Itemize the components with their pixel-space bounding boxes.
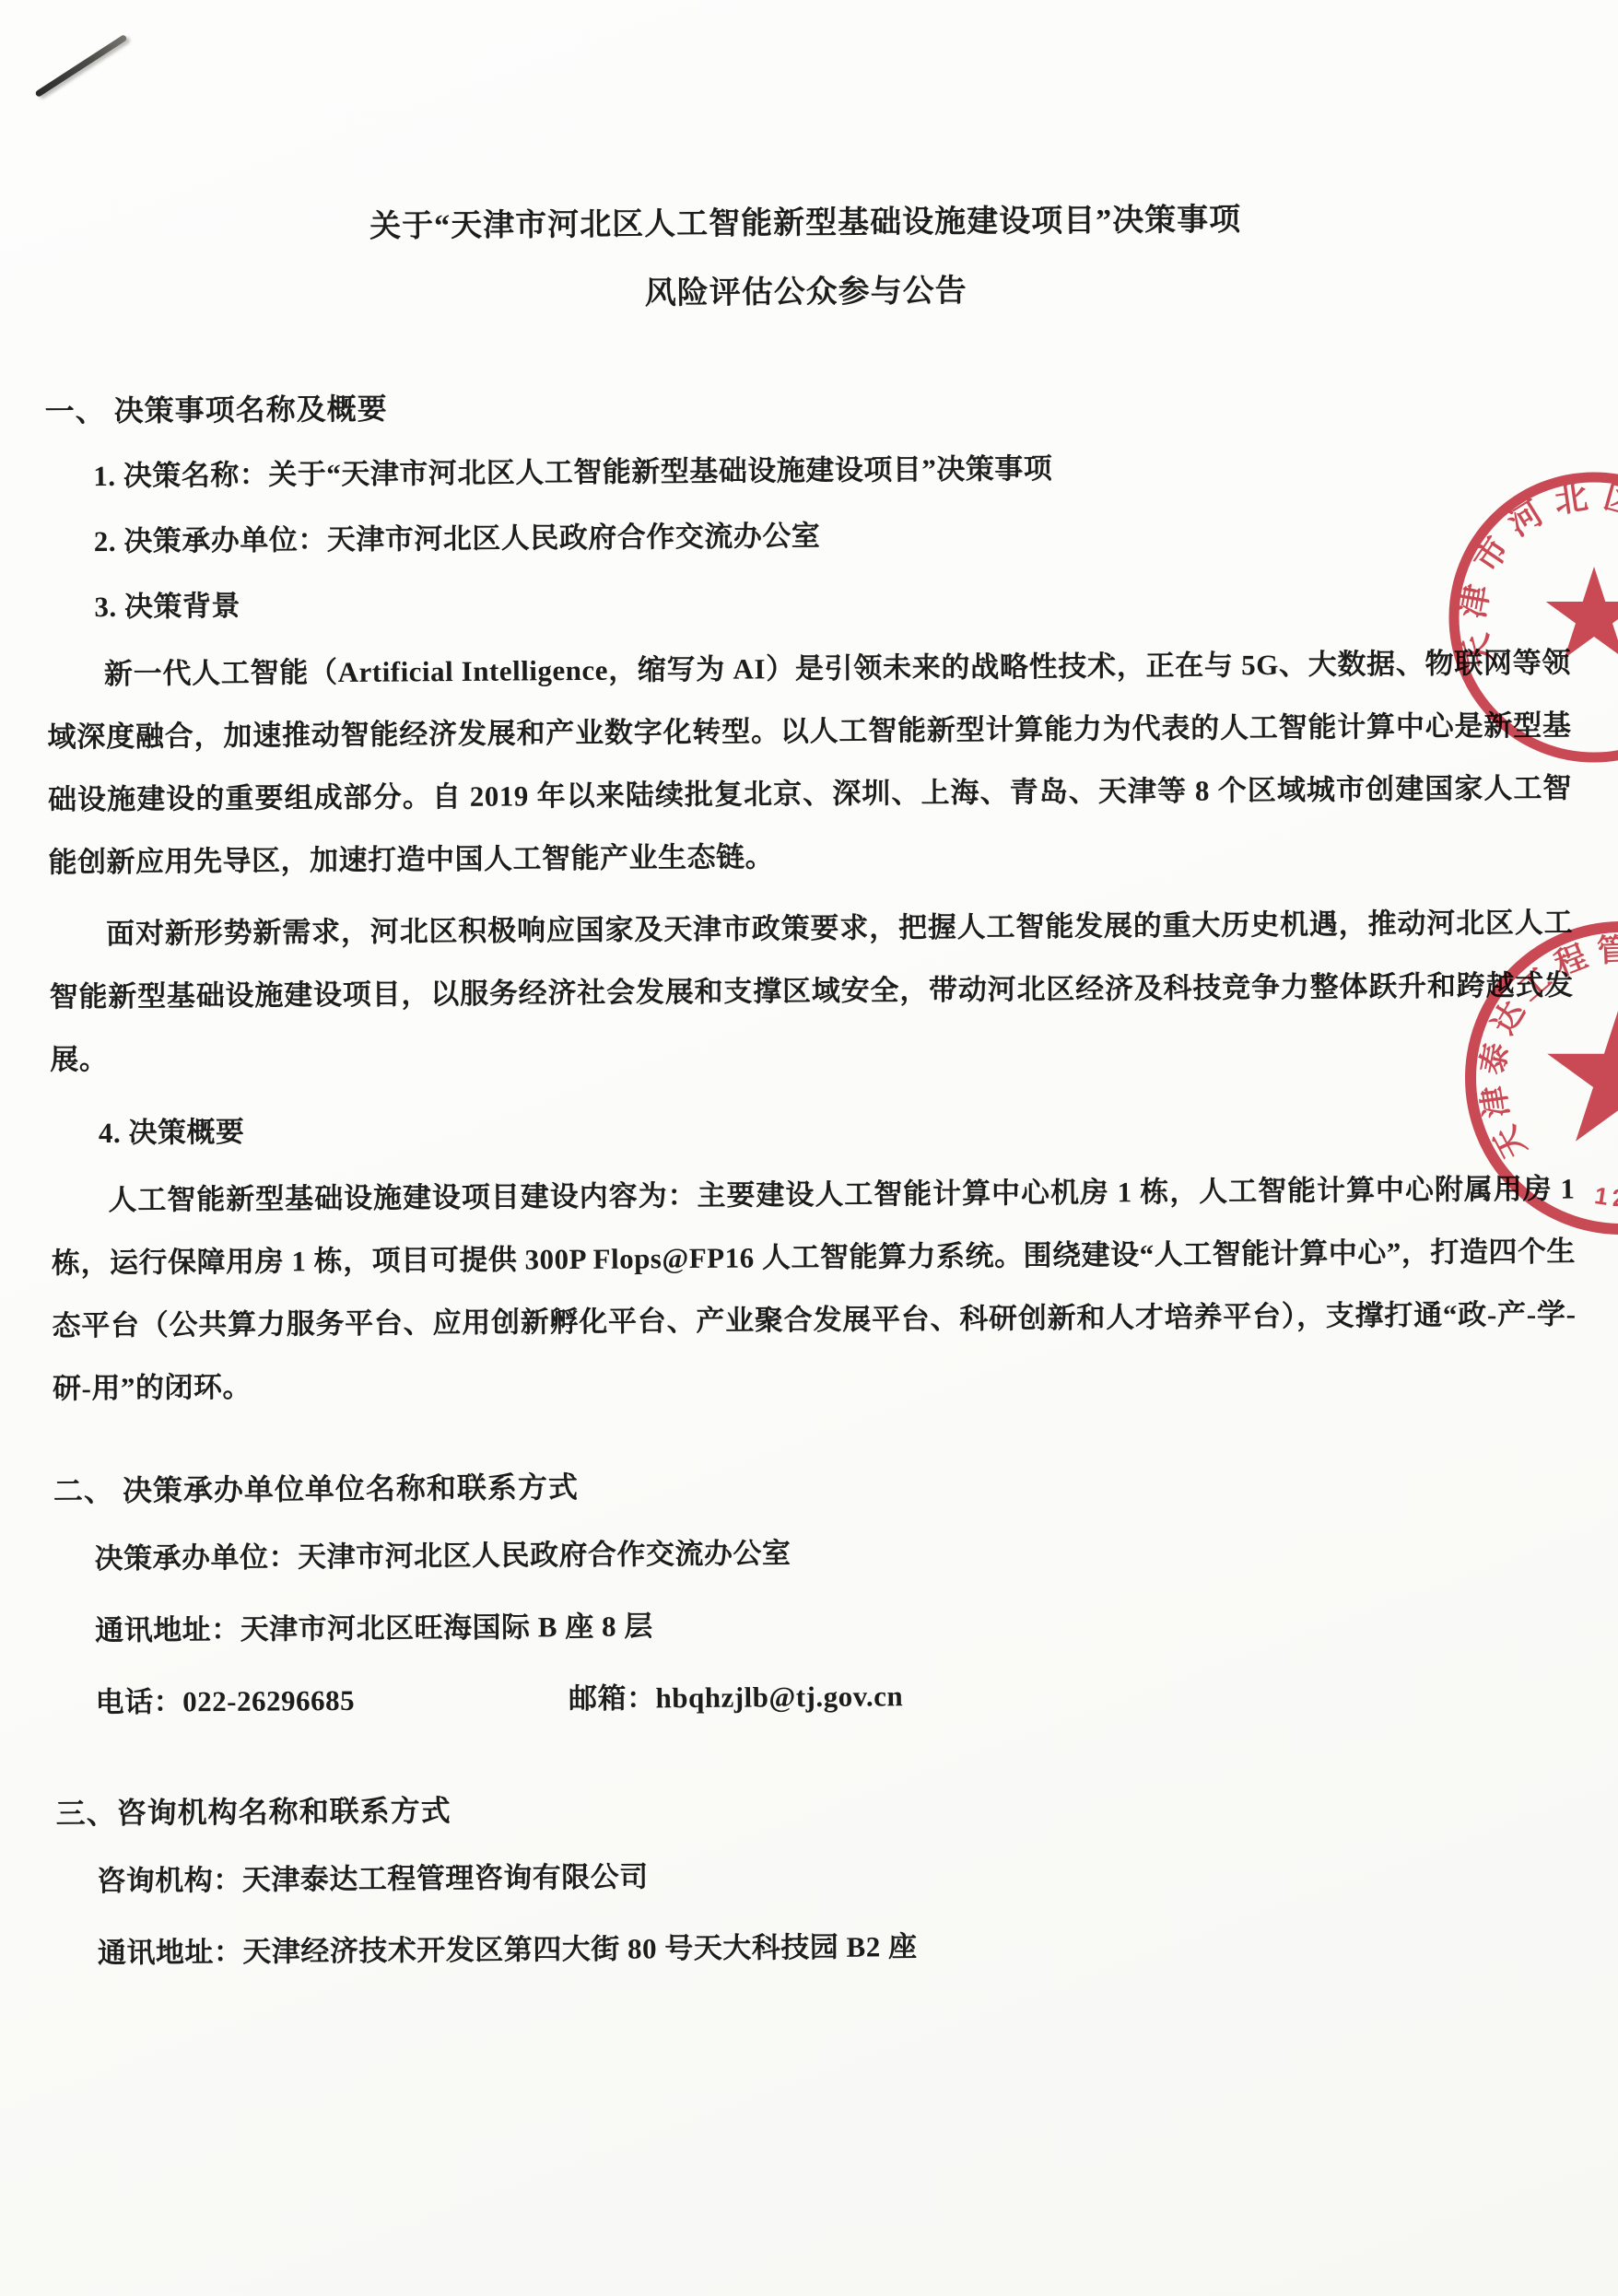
section3-consulting-agency: 咨询机构：天津泰达工程管理咨询有限公司: [97, 1833, 1581, 1917]
summary-paragraph: 人工智能新型基础设施建设项目建设内容为：主要建设人工智能计算中心机房 1 栋，人…: [51, 1157, 1577, 1420]
background-paragraph-1: 新一代人工智能（Artificial Intelligence，缩写为 AI）是…: [47, 632, 1573, 895]
svg-text:天津泰达工程管理咨询有限公司: 天津泰达工程管理咨询有限公司: [1475, 931, 1618, 1164]
section2-phone-email-row: 电话：022-26296685 邮箱：hbqhzjlb@tj.gov.cn: [95, 1655, 1579, 1739]
section2-email: 邮箱：hbqhzjlb@tj.gov.cn: [569, 1660, 904, 1735]
consulting-seal-arc-text: 天津泰达工程管理咨询有限公司: [1475, 931, 1618, 1164]
section1-item-decision-name: 1. 决策名称：关于“天津市河北区人工智能新型基础设施建设项目”决策事项: [93, 432, 1570, 510]
document-title-line2: 风险评估公众参与公告: [43, 252, 1568, 334]
document-title-line1: 关于“天津市河北区人工智能新型基础设施建设项目”决策事项: [43, 183, 1568, 264]
section2-address: 通讯地址：天津市河北区旺海国际 B 座 8 层: [95, 1583, 1579, 1667]
section1-item-summary-label: 4. 决策概要: [99, 1088, 1576, 1166]
scanned-document-page: 关于“天津市河北区人工智能新型基础设施建设项目”决策事项 风险评估公众参与公告 …: [0, 0, 1618, 2296]
consulting-seal-star-icon: [1547, 1000, 1618, 1142]
section3-address: 通讯地址：天津经济技术开发区第四大街 80 号天大科技园 B2 座: [98, 1905, 1582, 1989]
consulting-seal-number: 120: [1593, 1181, 1618, 1212]
section2-heading: 二、 决策承办单位单位名称和联系方式: [53, 1447, 1577, 1523]
section3-heading: 三、咨询机构名称和联系方式: [55, 1769, 1579, 1845]
section2-phone: 电话：022-26296685: [95, 1665, 355, 1739]
government-seal-stamp: 天津市河北区人民政府: [1408, 431, 1618, 803]
section1-item-undertaking-unit: 2. 决策承办单位：天津市河北区人民政府合作交流办公室: [94, 498, 1571, 575]
background-paragraph-2: 面对新形势新需求，河北区积极响应国家及天津市政策要求，把握人工智能发展的重大历史…: [49, 891, 1575, 1091]
section1-heading: 一、 决策事项名称及概要: [44, 368, 1568, 444]
government-seal-star-icon: [1546, 567, 1618, 659]
section1-item-background-label: 3. 决策背景: [94, 563, 1571, 640]
document-body: 关于“天津市河北区人工智能新型基础设施建设项目”决策事项 风险评估公众参与公告 …: [0, 0, 1618, 1990]
consulting-company-seal-stamp: 天津泰达工程管理咨询有限公司 120: [1408, 864, 1618, 1292]
section2-undertaking-unit: 决策承办单位：天津市河北区人民政府合作交流办公室: [94, 1511, 1578, 1595]
svg-text:120: 120: [1593, 1181, 1618, 1212]
